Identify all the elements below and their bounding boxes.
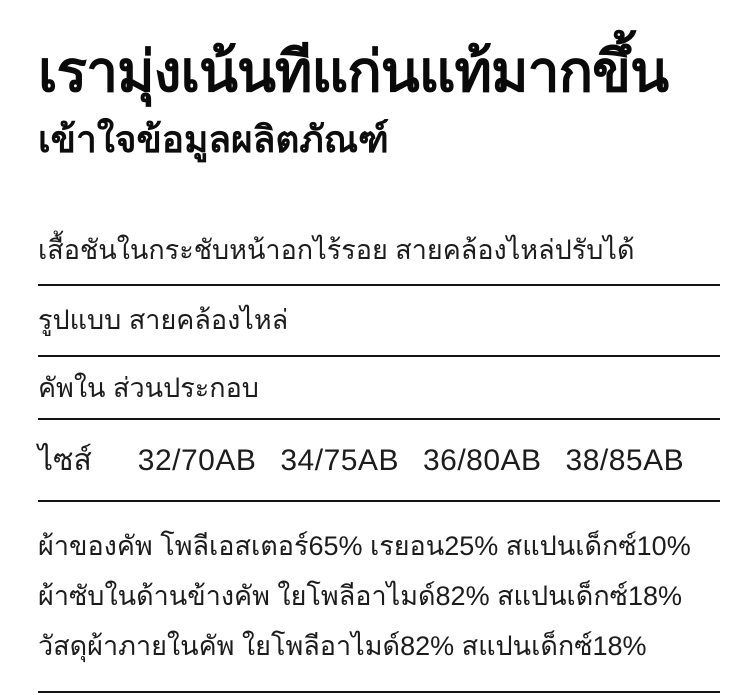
material-side-lining: ผ้าซับในด้านข้างคัพ ใยโพลีอาไมด์82% สแปน… xyxy=(38,580,720,614)
size-option: 38/85AB xyxy=(566,444,685,478)
spec-row-description: เสื้อชันในกระชับหน้าอกไร้รอย สายคล้องไหล… xyxy=(38,212,720,284)
size-option: 34/75AB xyxy=(280,444,399,478)
page-subtitle: เข้าใจข้อมูลผลิตภัณฑ์ xyxy=(38,118,720,162)
size-option: 36/80AB xyxy=(423,444,542,478)
spec-row-cup-components: คัพใน ส่วนประกอบ xyxy=(38,357,720,418)
spec-list: เสื้อชันในกระชับหน้าอกไร้รอย สายคล้องไหล… xyxy=(38,212,720,694)
spec-row-sizes: ไซส์ 32/70AB 34/75AB 36/80AB 38/85AB xyxy=(38,420,720,500)
materials-section: ผ้าของคัพ โพลีเอสเตอร์65% เรยอน25% สแปนเ… xyxy=(38,502,720,663)
divider xyxy=(38,691,720,693)
material-cup-fabric: ผ้าของคัพ โพลีเอสเตอร์65% เรยอน25% สแปนเ… xyxy=(38,530,720,564)
page-title: เรามุ่งเน้นทีแก่นแท้มากขึ้น xyxy=(38,0,720,106)
spec-row-style: รูปแบบ สายคล้องไหล่ xyxy=(38,286,720,356)
material-inner-cup: วัสดุผ้าภายในคัพ ใยโพลีอาไมด์82% สแปนเด็… xyxy=(38,630,720,664)
product-info-page: เรามุ่งเน้นทีแก่นแท้มากขึ้น เข้าใจข้อมูล… xyxy=(0,0,750,695)
size-label: ไซส์ xyxy=(38,437,92,484)
size-option: 32/70AB xyxy=(138,444,257,478)
